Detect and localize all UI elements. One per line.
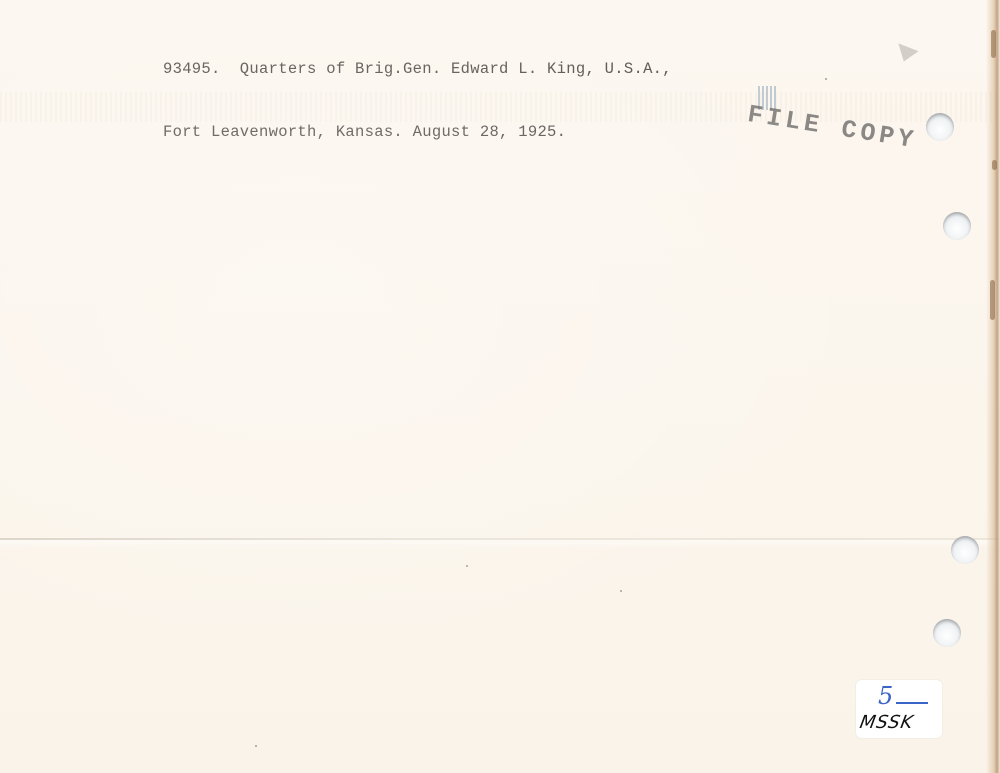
fold-crease-shadow — [0, 540, 1000, 548]
pencil-corner-mark — [893, 36, 918, 61]
punch-hole — [951, 536, 979, 564]
punch-hole — [943, 212, 971, 240]
stained-right-edge — [986, 0, 1000, 773]
edge-stain — [992, 160, 997, 170]
handwritten-label: 5 MSSK — [856, 680, 942, 738]
document-page: 93495. Quarters of Brig.Gen. Edward L. K… — [0, 0, 1000, 773]
punch-hole — [926, 113, 954, 141]
label-underline — [896, 702, 928, 704]
edge-stain — [990, 280, 995, 320]
label-number: 5 — [878, 682, 893, 710]
caption-line-2: Fort Leavenworth, Kansas. August 28, 192… — [163, 122, 672, 143]
caption-line-1: 93495. Quarters of Brig.Gen. Edward L. K… — [163, 59, 672, 80]
punch-hole — [933, 619, 961, 647]
label-code: MSSK — [858, 712, 915, 733]
typed-caption: 93495. Quarters of Brig.Gen. Edward L. K… — [163, 17, 672, 185]
edge-stain — [991, 30, 996, 58]
